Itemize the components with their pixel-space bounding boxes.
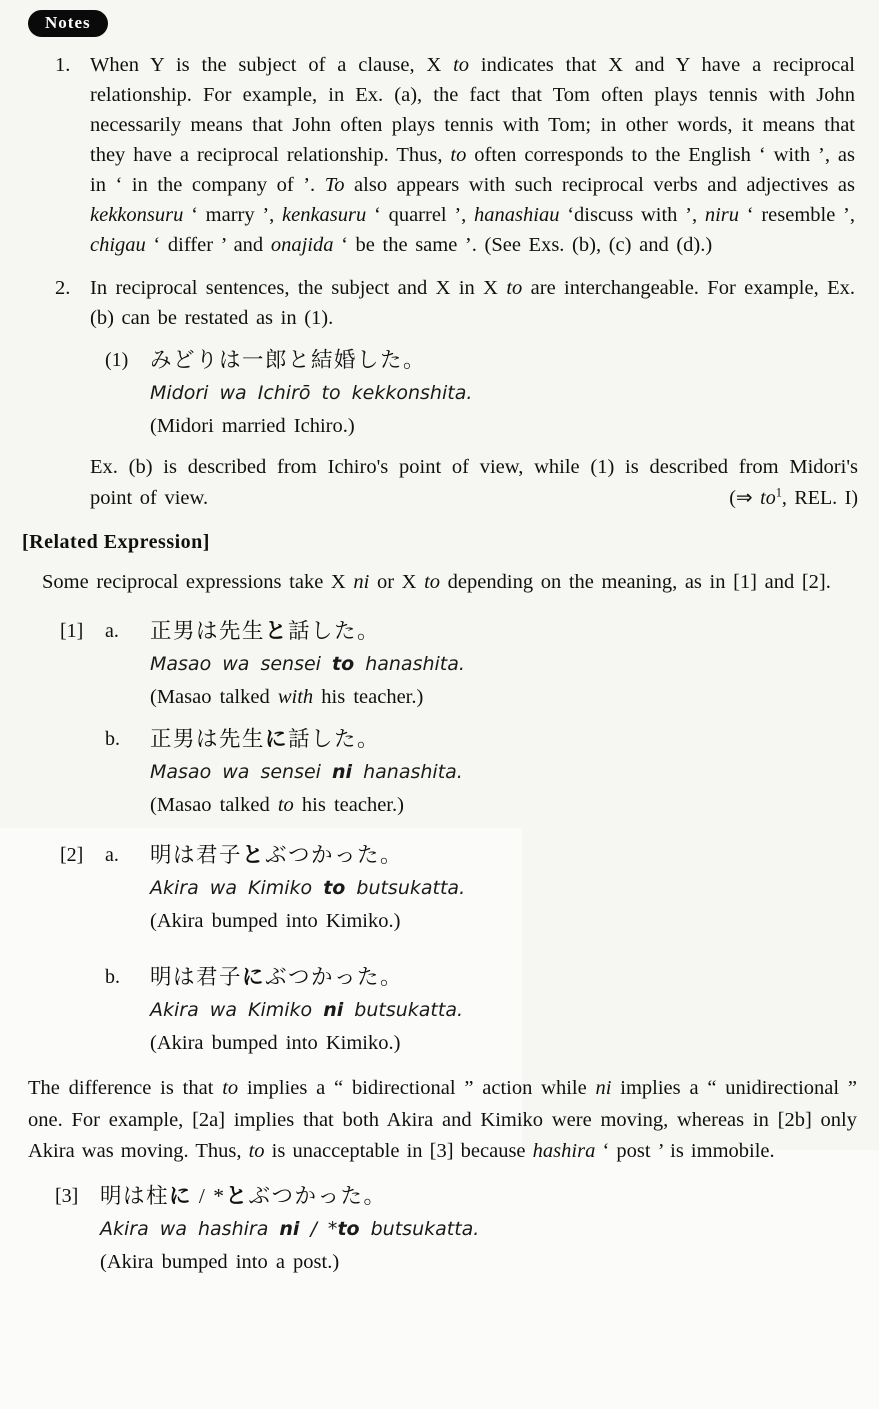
note-2-closing-paragraph: Ex. (b) is described from Ichiro's point… <box>90 452 858 514</box>
note-1-number: 1. <box>28 50 90 260</box>
related-example-3-label: [3] <box>55 1180 100 1279</box>
related-example-1a-english: (Masao talked with his teacher.) <box>150 681 855 714</box>
note-2-number: 2. <box>28 273 90 333</box>
example-1-japanese: みどりは一郎と結婚した。 <box>150 344 855 377</box>
related-example-1b: b. 正男は先生に話した。 Masao wa sensei ni hanashi… <box>105 723 855 822</box>
related-example-1b-japanese: 正男は先生に話した。 <box>150 723 855 756</box>
related-example-3-english: (Akira bumped into a post.) <box>100 1246 855 1279</box>
related-example-1a-letter: a. <box>105 615 150 714</box>
related-example-2a: a. 明は君子とぶつかった。 Akira wa Kimiko to butsuk… <box>105 839 855 938</box>
example-1-block: (1) みどりは一郎と結婚した。 Midori wa Ichirō to kek… <box>105 344 855 443</box>
related-example-1a: a. 正男は先生と話した。 Masao wa sensei to hanashi… <box>105 615 855 714</box>
related-example-2b-romaji: Akira wa Kimiko ni butsukatta. <box>150 994 855 1027</box>
related-example-2-label: [2] <box>60 839 105 1060</box>
note-1-text: When Y is the subject of a clause, X to … <box>90 50 855 260</box>
scanned-dictionary-page: { "page": { "bg": "#f6f6f3", "text_color… <box>0 0 879 1409</box>
difference-paragraph: The difference is that to implies a “ bi… <box>28 1073 857 1168</box>
related-example-2a-english: (Akira bumped into Kimiko.) <box>150 905 855 938</box>
related-example-3-romaji: Akira wa hashira ni / *to butsukatta. <box>100 1213 855 1246</box>
note-item-1: 1. When Y is the subject of a clause, X … <box>28 50 855 260</box>
related-example-1b-romaji: Masao wa sensei ni hanashita. <box>150 756 855 789</box>
related-example-3-japanese: 明は柱に / *とぶつかった。 <box>100 1180 855 1213</box>
example-1-romaji: Midori wa Ichirō to kekkonshita. <box>150 377 855 410</box>
notes-section-badge: Notes <box>28 10 108 37</box>
related-example-2a-japanese: 明は君子とぶつかった。 <box>150 839 855 872</box>
related-expression-heading: [Related Expression] <box>22 531 855 554</box>
related-example-1a-japanese: 正男は先生と話した。 <box>150 615 855 648</box>
related-example-1a-romaji: Masao wa sensei to hanashita. <box>150 648 855 681</box>
related-example-2b-japanese: 明は君子にぶつかった。 <box>150 961 855 994</box>
note-item-2: 2. In reciprocal sentences, the subject … <box>28 273 855 333</box>
example-1-english: (Midori married Ichiro.) <box>150 410 855 443</box>
related-example-2b-letter: b. <box>105 961 150 1060</box>
related-example-1-subs: a. 正男は先生と話した。 Masao wa sensei to hanashi… <box>105 615 855 822</box>
page-content: Notes 1. When Y is the subject of a clau… <box>0 0 879 1279</box>
related-example-3: [3] 明は柱に / *とぶつかった。 Akira wa hashira ni … <box>55 1180 855 1279</box>
related-example-1b-english: (Masao talked to his teacher.) <box>150 789 855 822</box>
example-1-label: (1) <box>105 344 150 443</box>
related-example-2a-letter: a. <box>105 839 150 938</box>
example-1-lines: みどりは一郎と結婚した。 Midori wa Ichirō to kekkons… <box>150 344 855 443</box>
related-example-2: [2] a. 明は君子とぶつかった。 Akira wa Kimiko to bu… <box>60 839 855 1060</box>
related-example-2b-english: (Akira bumped into Kimiko.) <box>150 1027 855 1060</box>
note-2-text: In reciprocal sentences, the subject and… <box>90 273 855 333</box>
related-example-1b-letter: b. <box>105 723 150 822</box>
related-example-1: [1] a. 正男は先生と話した。 Masao wa sensei to han… <box>60 615 855 822</box>
related-example-2-subs: a. 明は君子とぶつかった。 Akira wa Kimiko to butsuk… <box>105 839 855 1060</box>
cross-reference: (⇒ to1, REL. I) <box>729 483 858 514</box>
related-example-2a-romaji: Akira wa Kimiko to butsukatta. <box>150 872 855 905</box>
related-example-1-label: [1] <box>60 615 105 822</box>
related-expression-intro: Some reciprocal expressions take X ni or… <box>42 567 857 598</box>
related-example-2b: b. 明は君子にぶつかった。 Akira wa Kimiko ni butsuk… <box>105 961 855 1060</box>
